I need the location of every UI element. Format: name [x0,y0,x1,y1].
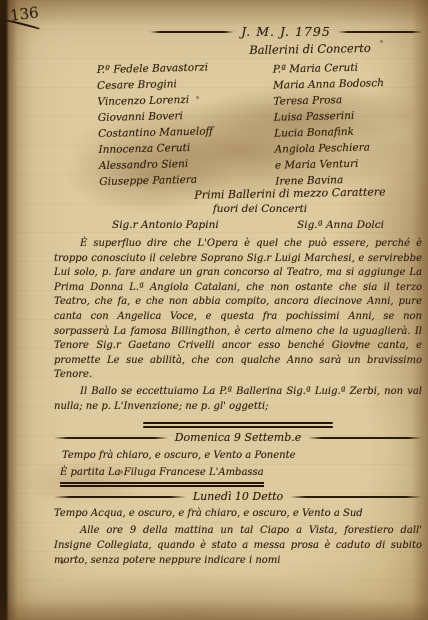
sunday-event-line: È partita La Filuga Francese L'Ambassa [54,465,422,487]
header-date: J. M. J. 1795 [241,24,331,39]
sunday-weather-line: Tempo frà chiaro, e oscuro, e Vento a Po… [62,448,422,463]
monday-entry-heading: Lunedì 10 Detto [54,490,422,505]
name-list-left: P.º Fedele Bavastorzi Cesare Brogini Vin… [97,58,276,190]
monday-heading-text: Lunedì 10 Detto [193,490,283,505]
heading-rule-left [54,496,186,498]
monday-weather-line: Tempo Acqua, e oscuro, e frà chiaro, e o… [54,506,422,521]
heading-rule-left [54,437,168,439]
heading-rule-right [290,496,422,498]
header-rule-left [150,31,234,33]
monday-event-paragraph: Alle ore 9 della mattina un tal Ciapo a … [54,523,422,568]
sunday-event-underlined-text: È partita La Filuga Francese L'Ambassa [60,465,264,484]
header-rule-right [338,31,422,33]
section-divider-double-rule [143,422,333,428]
mezzo-name-right: Sig.ª Anna Dolci [297,219,384,231]
sunday-entry-heading: Domenica 9 Settemb.e [54,431,422,446]
heading-ballerini-di-concerto: Ballerini di Concerto [190,40,428,58]
divider-line [143,426,333,428]
page-header: J. M. J. 1795 [150,24,422,39]
opera-review-paragraph: È superfluo dire che L'Opera è quel che … [54,237,422,383]
sunday-heading-text: Domenica 9 Settemb.e [175,431,302,446]
manuscript-page: 136 J. M. J. 1795 Ballerini di Concerto … [0,0,428,620]
heading-rule-right [308,437,422,439]
mezzo-carattere-names: Sig.r Antonio Papini Sig.ª Anna Dolci [112,219,384,231]
body-text-block: È superfluo dire che L'Opera è quel che … [54,237,422,568]
mezzo-name-left: Sig.r Antonio Papini [112,219,219,231]
ballo-review-paragraph: Il Ballo se eccettuiamo La P.ª Ballerina… [54,385,422,414]
heading-fuori-dei-concerti: fuori dei Concerti [130,203,390,215]
name-list-right: P.ª Maria Ceruti Maria Anna Bodosch Tere… [273,58,422,189]
divider-line [143,422,333,424]
concerto-name-columns: P.º Fedele Bavastorzi Cesare Brogini Vin… [98,60,420,188]
